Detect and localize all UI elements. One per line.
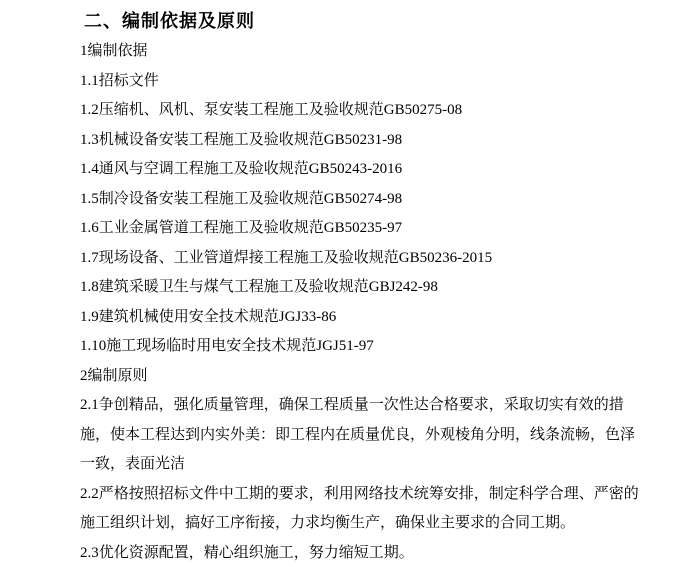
document-line: 1.3机械设备安装工程施工及验收规范GB50231-98 [80, 126, 646, 156]
document-line: 1.5制冷设备安装工程施工及验收规范GB50274-98 [80, 185, 646, 215]
document-line: 2.1争创精品，强化质量管理，确保工程质量一次性达合格要求，采取切实有效的措施，… [80, 391, 646, 480]
document-line: 1.9建筑机械使用安全技术规范JGJ33-86 [80, 303, 646, 333]
document-line: 1.2压缩机、风机、泵安装工程施工及验收规范GB50275-08 [80, 96, 646, 126]
section-heading: 二、编制依据及原则 [84, 6, 646, 36]
document-line: 1.7现场设备、工业管道焊接工程施工及验收规范GB50236-2015 [80, 244, 646, 274]
document-line: 1.10施工现场临时用电安全技术规范JGJ51-97 [80, 332, 646, 362]
document-line: 2.3优化资源配置，精心组织施工，努力缩短工期。 [80, 539, 646, 567]
document-line: 1.4通风与空调工程施工及验收规范GB50243-2016 [80, 155, 646, 185]
document-line: 2.2严格按照招标文件中工期的要求，利用网络技术统筹安排，制定科学合理、严密的施… [80, 480, 646, 539]
document-line: 2编制原则 [80, 362, 646, 392]
document-line: 1.8建筑采暖卫生与煤气工程施工及验收规范GBJ242-98 [80, 273, 646, 303]
document-line: 1编制依据 [80, 37, 646, 67]
document-line: 1.1招标文件 [80, 67, 646, 97]
document-page: 二、编制依据及原则 1编制依据 1.1招标文件 1.2压缩机、风机、泵安装工程施… [0, 0, 698, 567]
document-line: 1.6工业金属管道工程施工及验收规范GB50235-97 [80, 214, 646, 244]
